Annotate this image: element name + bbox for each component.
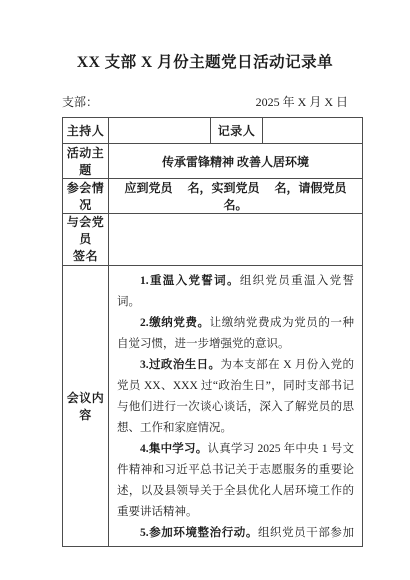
sub-header: 支部： 2025 年 X 月 X 日	[62, 95, 362, 110]
content-paragraph: 5.参加环境整治行动。组织党员干部参加春季人居环境整治活动，引领群众积极参与，打…	[117, 523, 354, 541]
content-paragraph: 2.缴纳党费。让缴纳党费成为党员的一种自觉习惯，进一步增强党的意识。	[117, 313, 354, 355]
content-paragraph: 3.过政治生日。为本支部在 X 月份入党的党员 XX、XXX 过“政治生日”，同…	[117, 355, 354, 439]
branch-label: 支部：	[62, 95, 98, 110]
theme-value: 传承雷锋精神 改善人居环境	[109, 144, 363, 179]
signature-label: 与会党员 签名	[63, 214, 109, 266]
recorder-label: 记录人	[211, 118, 263, 144]
content-label: 会议内容	[63, 266, 109, 547]
attendance-value: 应到党员 名，实到党员 名，请假党员 名。	[109, 179, 363, 214]
signature-label-line1: 与会党员	[63, 214, 108, 248]
document-page: XX 支部 X 月份主题党日活动记录单 支部： 2025 年 X 月 X 日 主…	[0, 0, 410, 580]
theme-row: 活动主题 传承雷锋精神 改善人居环境	[63, 144, 363, 179]
record-table: 主持人 记录人 活动主题 传承雷锋精神 改善人居环境 参会情况 应到党员 名，实…	[62, 117, 363, 547]
host-value-cell	[109, 118, 211, 144]
page-title: XX 支部 X 月份主题党日活动记录单	[0, 52, 410, 73]
paragraph-lead: 1.重温入党誓词。	[140, 275, 240, 287]
content-row: 会议内容 1.重温入党誓词。组织党员重温入党誓词。 2.缴纳党费。让缴纳党费成为…	[63, 266, 363, 547]
host-recorder-row: 主持人 记录人	[63, 118, 363, 144]
paragraph-lead: 5.参加环境整治行动。	[140, 527, 258, 539]
date-label: 2025 年 X 月 X 日	[256, 95, 362, 110]
content-box: 1.重温入党誓词。组织党员重温入党誓词。 2.缴纳党费。让缴纳党费成为党员的一种…	[109, 266, 362, 541]
signature-label-line2: 签名	[63, 248, 108, 265]
signature-row: 与会党员 签名	[63, 214, 363, 266]
content-cell: 1.重温入党誓词。组织党员重温入党誓词。 2.缴纳党费。让缴纳党费成为党员的一种…	[109, 266, 363, 547]
content-paragraph: 1.重温入党誓词。组织党员重温入党誓词。	[117, 271, 354, 313]
content-paragraph: 4.集中学习。认真学习 2025 年中央 1 号文件精神和习近平总书记关于志愿服…	[117, 439, 354, 523]
paragraph-lead: 2.缴纳党费。	[140, 317, 210, 329]
paragraph-lead: 4.集中学习。	[140, 443, 208, 455]
attendance-label: 参会情况	[63, 179, 109, 214]
signature-value-cell	[109, 214, 363, 266]
paragraph-lead: 3.过政治生日。	[140, 359, 220, 371]
recorder-value-cell	[263, 118, 363, 144]
attendance-row: 参会情况 应到党员 名，实到党员 名，请假党员 名。	[63, 179, 363, 214]
host-label: 主持人	[63, 118, 109, 144]
theme-label: 活动主题	[63, 144, 109, 179]
